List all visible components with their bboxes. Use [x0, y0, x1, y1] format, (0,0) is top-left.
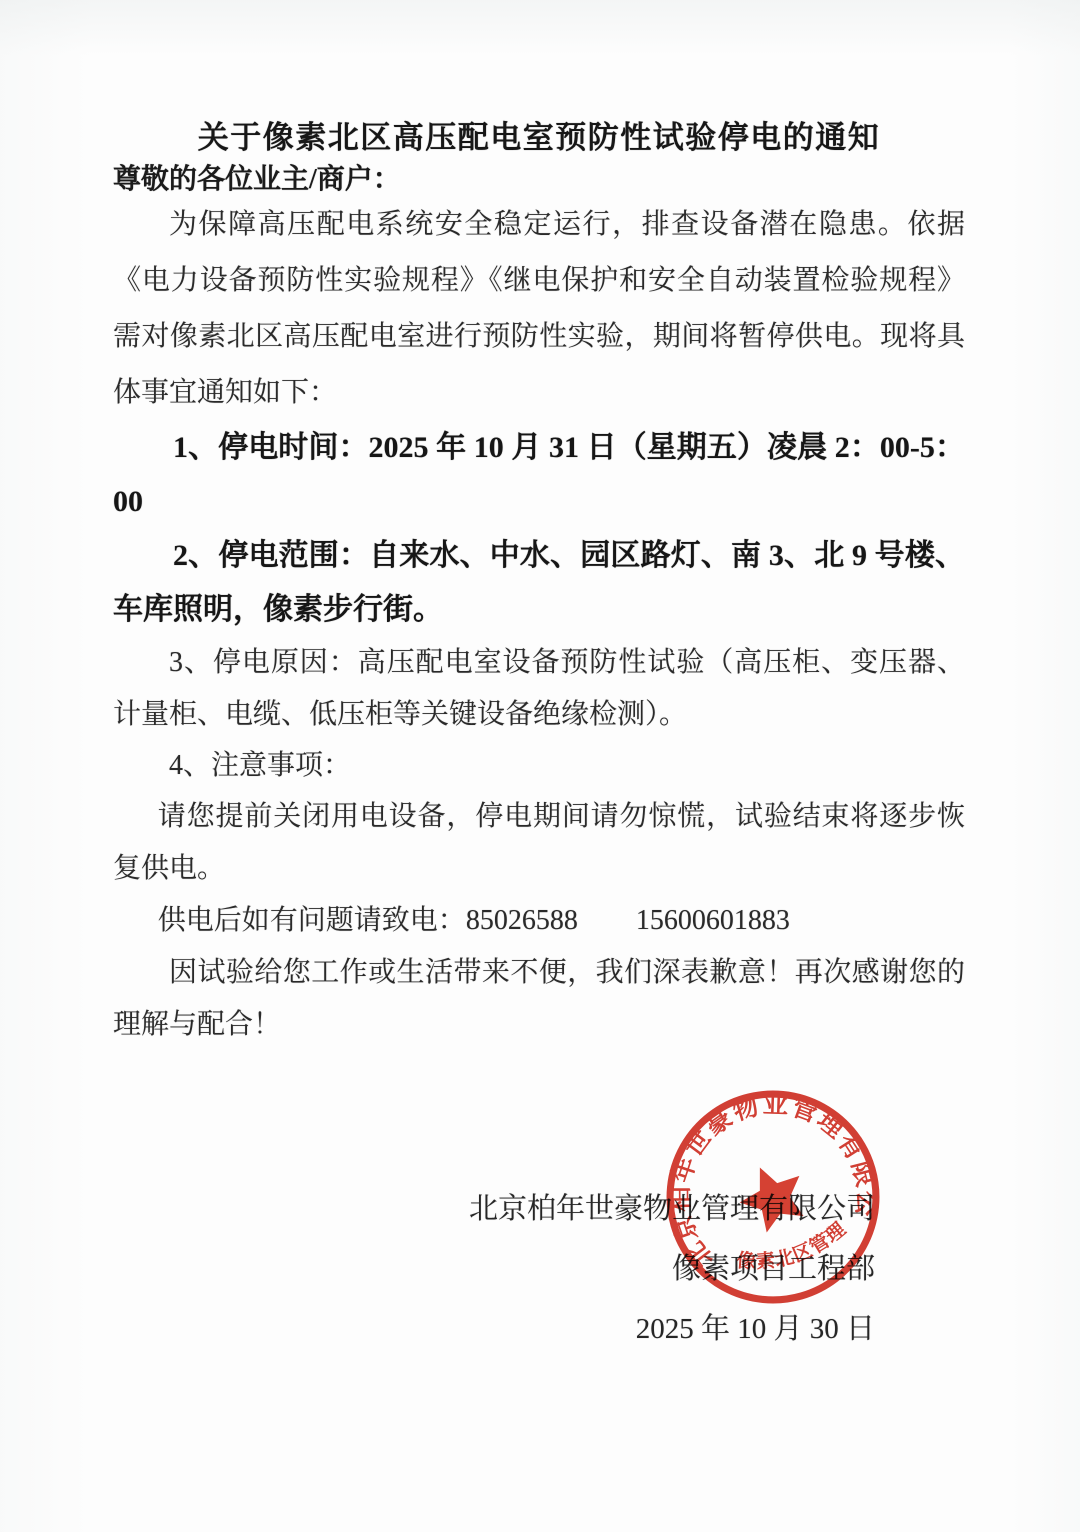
contact-line: 供电后如有问题请致电：8502658815600601883	[113, 895, 965, 947]
item-outage-reason: 3、停电原因：高压配电室设备预防性试验（高压柜、变压器、计量柜、电缆、低压柜等关…	[113, 637, 965, 741]
signature-date: 2025 年 10 月 30 日	[113, 1299, 875, 1359]
item-precautions: 4、注意事项：	[113, 741, 965, 791]
intro-paragraph: 为保障高压配电系统安全稳定运行，排查设备潜在隐患。依据《电力设备预防性实验规程》…	[113, 197, 965, 421]
star-icon	[730, 1154, 815, 1237]
item-outage-scope: 2、停电范围：自来水、中水、园区路灯、南 3、北 9 号楼、车库照明，像素步行街…	[113, 529, 965, 637]
contact-phone-1: 85026588	[466, 905, 578, 936]
apology-paragraph: 因试验给您工作或生活带来不便，我们深表歉意！再次感谢您的理解与配合！	[113, 947, 965, 1051]
notice-title: 关于像素北区高压配电室预防性试验停电的通知	[113, 112, 965, 157]
item-outage-time: 1、停电时间：2025 年 10 月 31 日（星期五）凌晨 2：00-5：00	[113, 421, 965, 529]
company-seal-stamp: 北京柏年世豪物业管理有限公司 像素北区管理处	[662, 1086, 884, 1308]
precaution-note: 请您提前关闭用电设备，停电期间请勿惊慌，试验结束将逐步恢复供电。	[113, 791, 965, 895]
contact-phone-2: 15600601883	[636, 905, 790, 936]
salutation: 尊敬的各位业主/商户：	[113, 157, 965, 197]
notice-document: 关于像素北区高压配电室预防性试验停电的通知 尊敬的各位业主/商户： 为保障高压配…	[0, 0, 1080, 1532]
contact-label: 供电后如有问题请致电：	[158, 905, 466, 936]
